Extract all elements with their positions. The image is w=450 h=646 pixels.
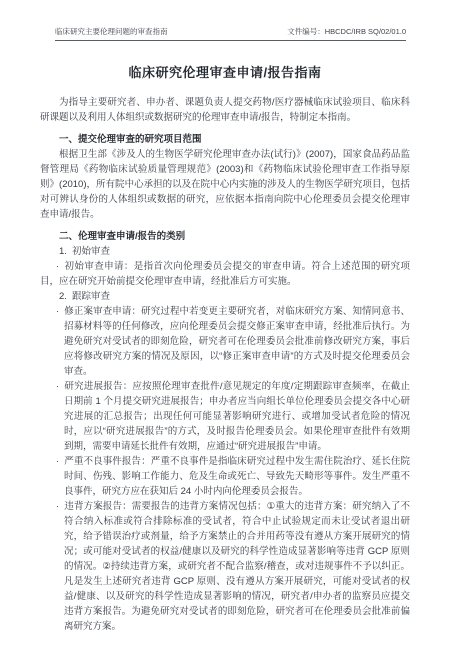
list-item-initial-review-title: 初始审查 bbox=[72, 246, 110, 257]
bullet-dot-icon: · bbox=[56, 456, 59, 467]
doc-number-label: 文件编号： bbox=[287, 27, 325, 36]
header-doc-number: 文件编号：HBCDC/IRB SQ/02/01.0 bbox=[287, 27, 406, 36]
bullet-dot-icon: · bbox=[56, 501, 59, 512]
bullet-dot-icon: · bbox=[56, 261, 59, 272]
section-1-body: 根据卫生部《涉及人的生物医学研究伦理审查办法(试行)》(2007)，国家食品药品… bbox=[40, 147, 410, 222]
list-item-followup-review-number: 2. bbox=[59, 291, 67, 302]
bullet-progress-report: ·研究进展报告：应按照伦理审查批件/意见规定的年度/定期跟踪审查频率，在截止日期… bbox=[40, 379, 410, 454]
list-item-initial-review-number: 1. bbox=[59, 246, 67, 257]
document-page: 临床研究主要伦理问题的审查指南 文件编号：HBCDC/IRB SQ/02/01.… bbox=[0, 0, 450, 646]
page-title: 临床研究伦理审查申请/报告指南 bbox=[40, 64, 410, 81]
bullet-serious-adverse-event-report-text: 严重不良事件报告：严重不良事件是指临床研究过程中发生需住院治疗、延长住院时间、伤… bbox=[64, 456, 410, 497]
document-header: 临床研究主要伦理问题的审查指南 文件编号：HBCDC/IRB SQ/02/01.… bbox=[55, 27, 406, 41]
bullet-initial-review-application: ·初始审查申请：是指首次向伦理委员会提交的审查申请。符合上述范围的研究项目，应在… bbox=[40, 259, 410, 289]
section-2-heading: 二、伦理审查申请/报告的类别 bbox=[40, 229, 410, 244]
bullet-protocol-violation-report-text: 违背方案报告：需要报告的违背方案情况包括：①重大的违背方案：研究纳入了不符合纳入… bbox=[64, 501, 410, 632]
intro-paragraph: 为指导主要研究者、申办者、课题负责人提交药物/医疗器械临床试验项目、临床科研课题… bbox=[40, 95, 410, 125]
section-1-heading: 一、提交伦理审查的研究项目范围 bbox=[40, 132, 410, 147]
bullet-amendment-application: ·修正案审查申请：研究过程中若变更主要研究者，对临床研究方案、知情同意书、招募材… bbox=[40, 304, 410, 379]
doc-number-value: HBCDC/IRB SQ/02/01.0 bbox=[325, 27, 406, 36]
list-item-followup-review-title: 跟踪审查 bbox=[72, 291, 110, 302]
bullet-serious-adverse-event-report: ·严重不良事件报告：严重不良事件是指临床研究过程中发生需住院治疗、延长住院时间、… bbox=[40, 454, 410, 499]
bullet-dot-icon: · bbox=[56, 381, 59, 392]
bullet-initial-review-application-text: 初始审查申请：是指首次向伦理委员会提交的审查申请。符合上述范围的研究项目，应在研… bbox=[40, 261, 410, 287]
bullet-amendment-application-text: 修正案审查申请：研究过程中若变更主要研究者，对临床研究方案、知情同意书、招募材料… bbox=[64, 306, 410, 377]
bullet-dot-icon: · bbox=[56, 306, 59, 317]
bullet-progress-report-text: 研究进展报告：应按照伦理审查批件/意见规定的年度/定期跟踪审查频率，在截止日期前… bbox=[64, 381, 410, 452]
list-item-followup-review: 2.跟踪审查 bbox=[40, 289, 410, 304]
list-item-initial-review: 1.初始审查 bbox=[40, 244, 410, 259]
header-doc-title: 临床研究主要伦理问题的审查指南 bbox=[55, 27, 168, 36]
bullet-protocol-violation-report: ·违背方案报告：需要报告的违背方案情况包括：①重大的违背方案：研究纳入了不符合纳… bbox=[40, 499, 410, 634]
